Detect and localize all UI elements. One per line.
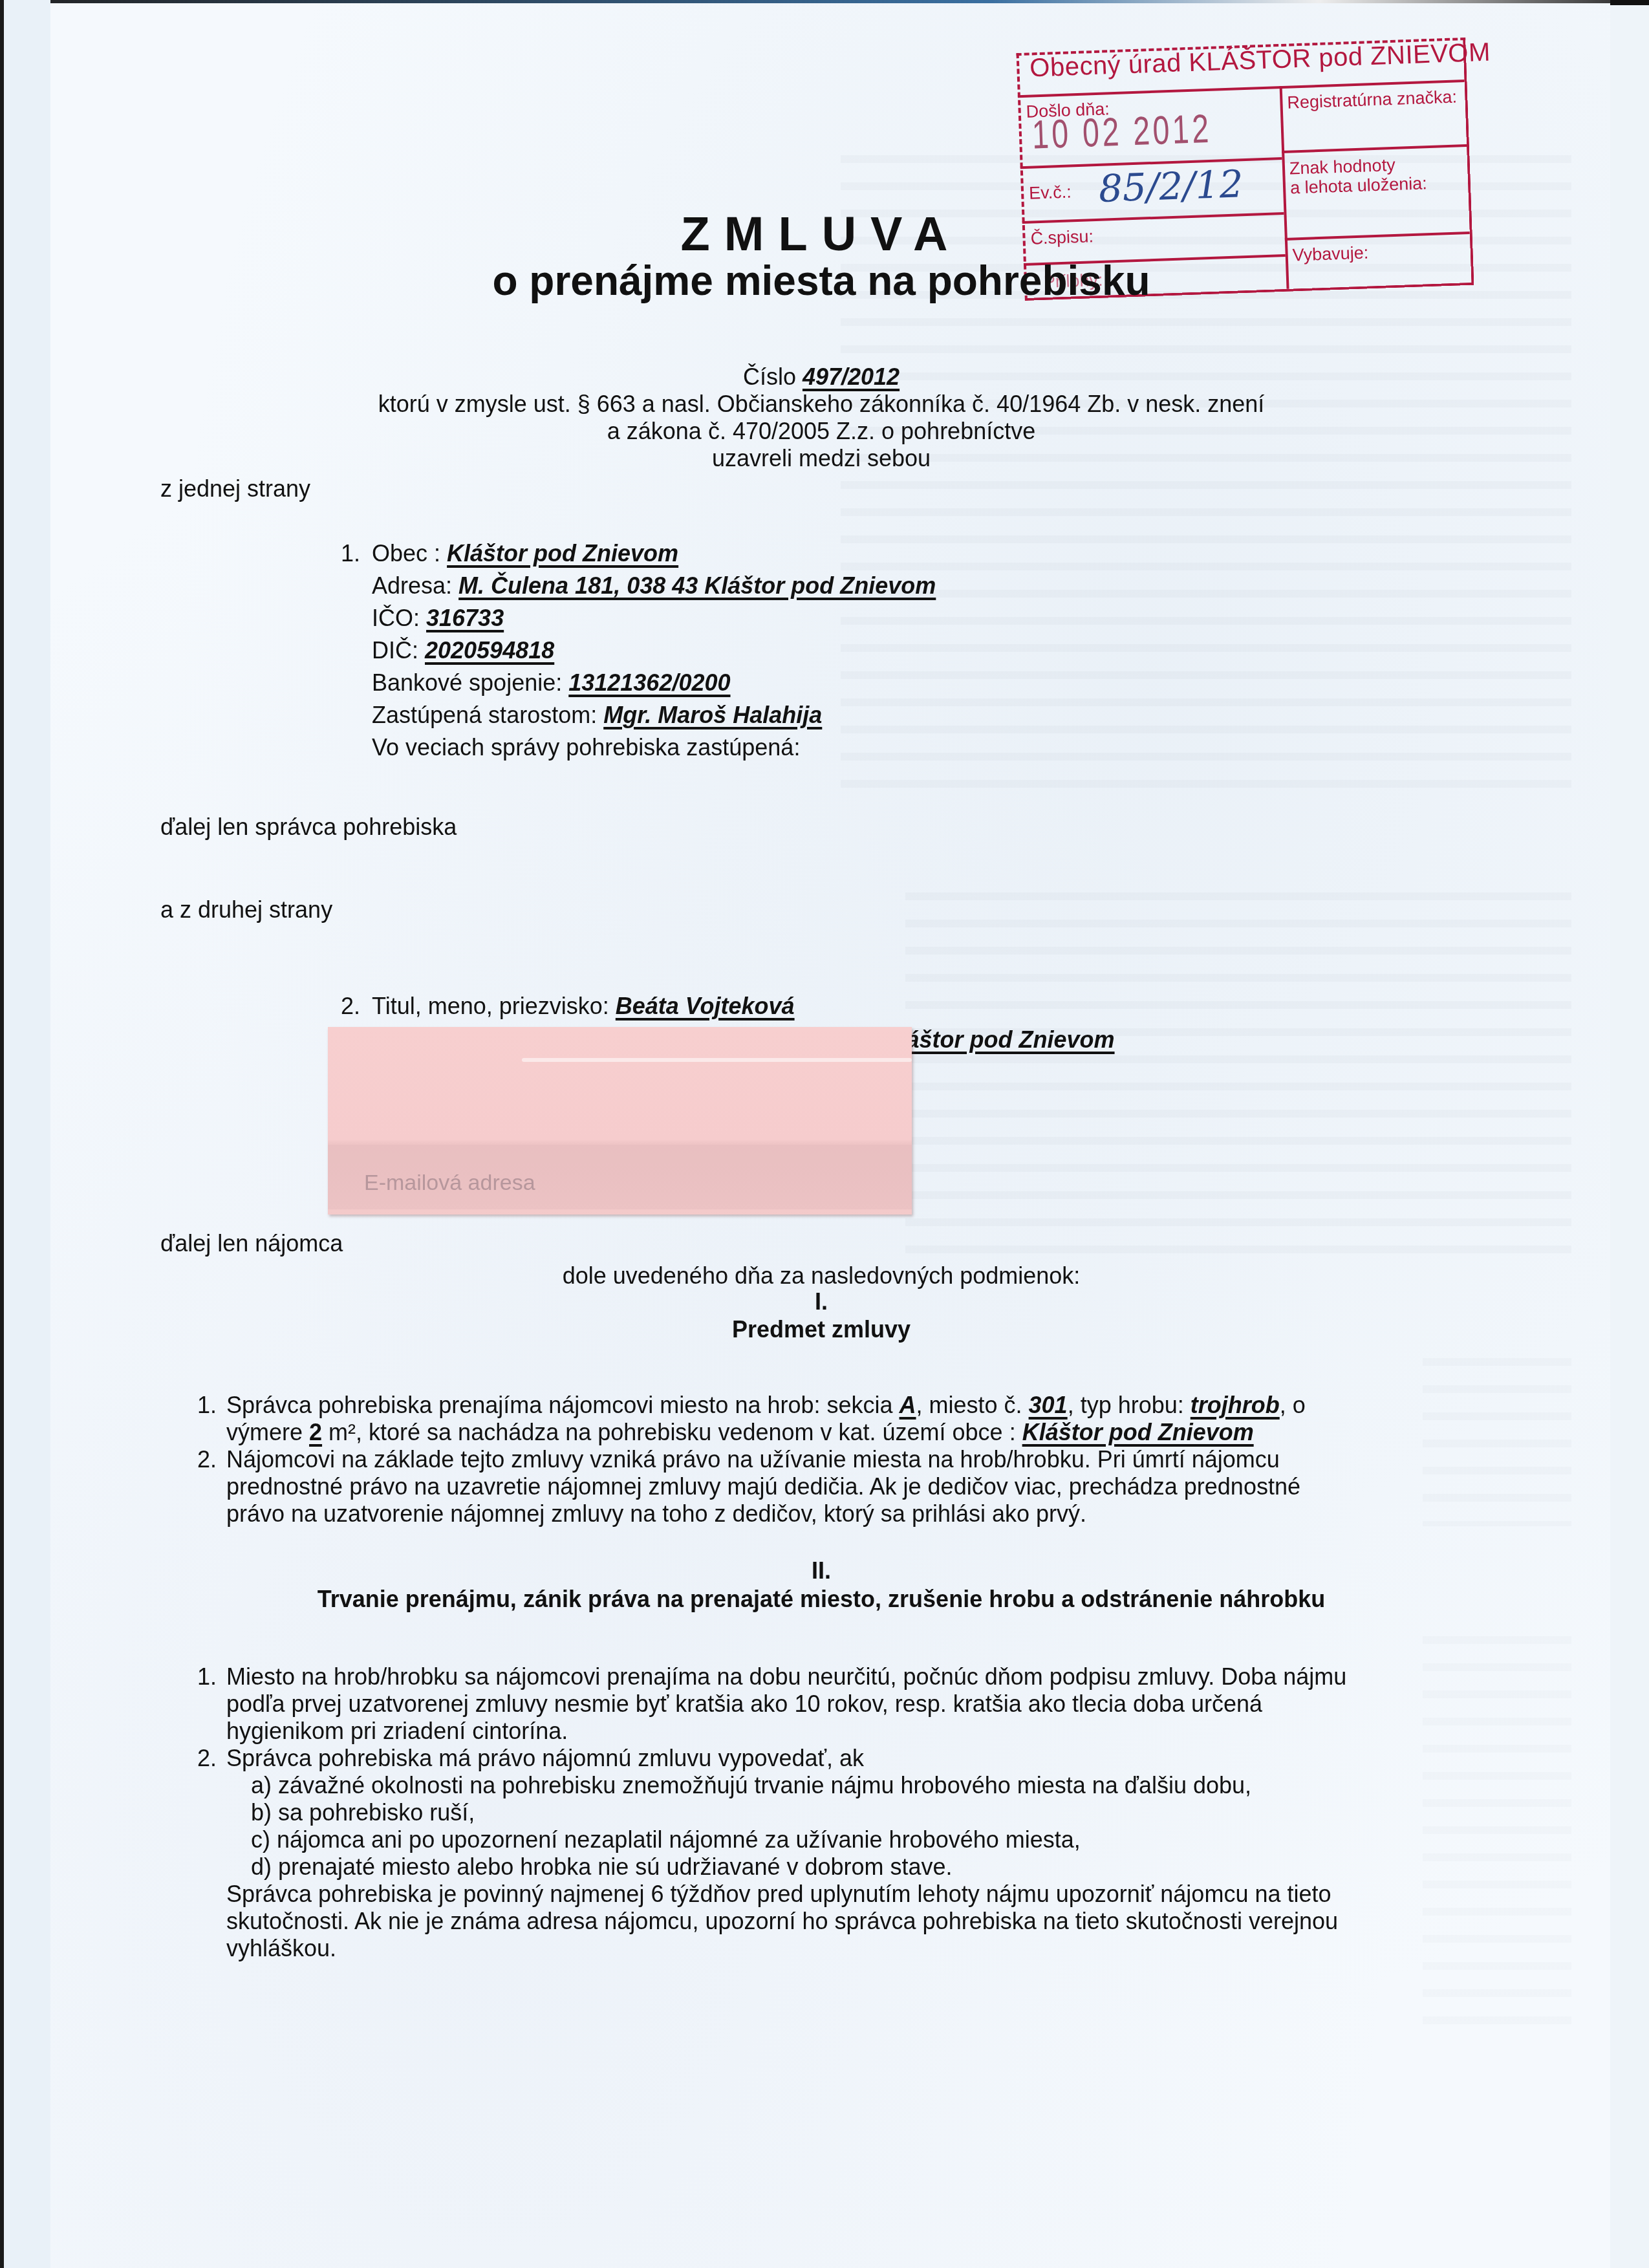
scanned-page: Obecný úrad KLÁŠTOR pod ZNIEVOM Došlo dň… — [0, 0, 1649, 2268]
party-one-bank: Bankové spojenie: 13121362/0200 — [372, 669, 731, 697]
section-1-item-1-number: 1. — [197, 1392, 217, 1419]
section-2-heading: Trvanie prenájmu, zánik práva na prenaja… — [0, 1586, 1643, 1613]
redaction-sticky-note: E-mailová adresa — [328, 1027, 912, 1215]
section-1-item-1-line-1: Správca pohrebiska prenajíma nájomcovi m… — [226, 1392, 1306, 1419]
section-2-numeral: II. — [0, 1557, 1643, 1584]
conditions-intro: dole uvedeného dňa za nasledovných podmi… — [0, 1262, 1643, 1290]
section-2-item-1-line: hygienikom pri zriadení cintorína. — [226, 1718, 568, 1745]
section-2-closing-line: Správca pohrebiska je povinný najmenej 6… — [226, 1881, 1331, 1908]
section-1-item-2-line: Nájomcovi na základe tejto zmluvy vzniká… — [226, 1446, 1280, 1473]
bank-value: 13121362/0200 — [568, 669, 730, 696]
document-title: ZMLUVA — [0, 208, 1643, 260]
scan-corner — [1610, 0, 1649, 5]
party-two-role: ďalej len nájomca — [160, 1230, 343, 1257]
legal-basis-line-3: uzavreli medzi sebou — [0, 445, 1643, 472]
party-one-address: Adresa: M. Čulena 181, 038 43 Kláštor po… — [372, 572, 936, 599]
scan-edge-right — [1610, 0, 1649, 2268]
section-1-item-2-number: 2. — [197, 1446, 217, 1473]
area-value: 2 — [309, 1419, 322, 1445]
section-2-reason-c: c) nájomca ani po upozornení nezaplatil … — [251, 1826, 1081, 1853]
document-subtitle: o prenájme miesta na pohrebisku — [0, 257, 1643, 304]
party-two-number: 2. — [341, 993, 360, 1020]
reverse-side-bleed — [905, 892, 1571, 1255]
party-one-dic: DIČ: 2020594818 — [372, 637, 554, 664]
section-1-heading: Predmet zmluvy — [0, 1316, 1643, 1343]
party-one-municipality: Obec : Kláštor pod Znievom — [372, 540, 678, 567]
party-one-mayor: Zastúpená starostom: Mgr. Maroš Halahija — [372, 702, 822, 729]
address-value: M. Čulena 181, 038 43 Kláštor pod Znievo… — [458, 572, 936, 599]
municipality-value: Kláštor pod Znievom — [447, 540, 678, 567]
party-one-ico: IČO: 316733 — [372, 605, 504, 632]
grave-type-value: trojhrob — [1191, 1392, 1280, 1418]
mayor-value: Mgr. Maroš Halahija — [603, 702, 822, 728]
scan-edge-top — [0, 0, 1649, 3]
section-2-item-2-lead: Správca pohrebiska má právo nájomnú zmlu… — [226, 1745, 864, 1772]
cadastral-municipality-value: Kláštor pod Znievom — [1022, 1419, 1254, 1445]
party-two-intro: a z druhej strany — [160, 896, 332, 923]
section-2-closing-line: skutočnosti. Ak nie je známa adresa nájo… — [226, 1908, 1338, 1935]
section-1-item-2-line: prednostné právo na uzavretie nájomnej z… — [226, 1473, 1300, 1500]
legal-basis-line-1: ktorú v zmysle ust. § 663 a nasl. Občian… — [0, 391, 1643, 418]
stamp-ev-label: Ev.č.: — [1029, 182, 1072, 202]
section-2-item-1-line: podľa prvej uzatvorenej zmluvy nesmie by… — [226, 1690, 1262, 1718]
section-2-item-2-number: 2. — [197, 1745, 217, 1772]
note-ghost-text: E-mailová adresa — [364, 1171, 535, 1196]
contract-number-label: Číslo — [743, 363, 796, 390]
ico-value: 316733 — [426, 605, 504, 631]
section-2-closing-line: vyhláškou. — [226, 1935, 336, 1962]
section-2-item-1-line: Miesto na hrob/hrobku sa nájomcovi prena… — [226, 1663, 1346, 1690]
legal-basis-line-2: a zákona č. 470/2005 Z.z. o pohrebníctve — [0, 418, 1643, 445]
note-crease — [522, 1058, 912, 1062]
reverse-side-bleed — [1423, 1358, 1571, 1526]
party-two-name: Titul, meno, priezvisko: Beáta Vojteková — [372, 993, 795, 1020]
stamp-received-date: 10 02 2012 — [1031, 106, 1212, 158]
section-1-item-1-line-2: výmere 2 m², ktoré sa nachádza na pohreb… — [226, 1419, 1254, 1446]
sector-value: A — [900, 1392, 916, 1418]
party-one-role: ďalej len správca pohrebiska — [160, 814, 457, 841]
place-value: 301 — [1029, 1392, 1068, 1418]
section-1-numeral: I. — [0, 1288, 1643, 1315]
section-2-reason-b: b) sa pohrebisko ruší, — [251, 1799, 475, 1826]
contract-number-line: Číslo 497/2012 — [0, 363, 1643, 391]
party-one-number: 1. — [341, 540, 360, 567]
party-one-cemetery-rep: Vo veciach správy pohrebiska zastúpená: — [372, 734, 800, 761]
stamp-ev-handwritten: 85/2/12 — [1098, 162, 1244, 211]
scan-margin-strip — [4, 0, 50, 2268]
party-one-intro: z jednej strany — [160, 475, 310, 502]
section-2-reason-a: a) závažné okolnosti na pohrebisku znemo… — [251, 1772, 1251, 1799]
tenant-name-value: Beáta Vojteková — [616, 993, 795, 1019]
dic-value: 2020594818 — [425, 637, 554, 664]
section-2-item-1-number: 1. — [197, 1663, 217, 1690]
contract-number: 497/2012 — [803, 363, 900, 390]
reverse-side-bleed — [1423, 1636, 1571, 2024]
section-2-reason-d: d) prenajaté miesto alebo hrobka nie sú … — [251, 1853, 953, 1881]
section-1-item-2-line: právo na uzatvorenie nájomnej zmluvy na … — [226, 1500, 1086, 1528]
